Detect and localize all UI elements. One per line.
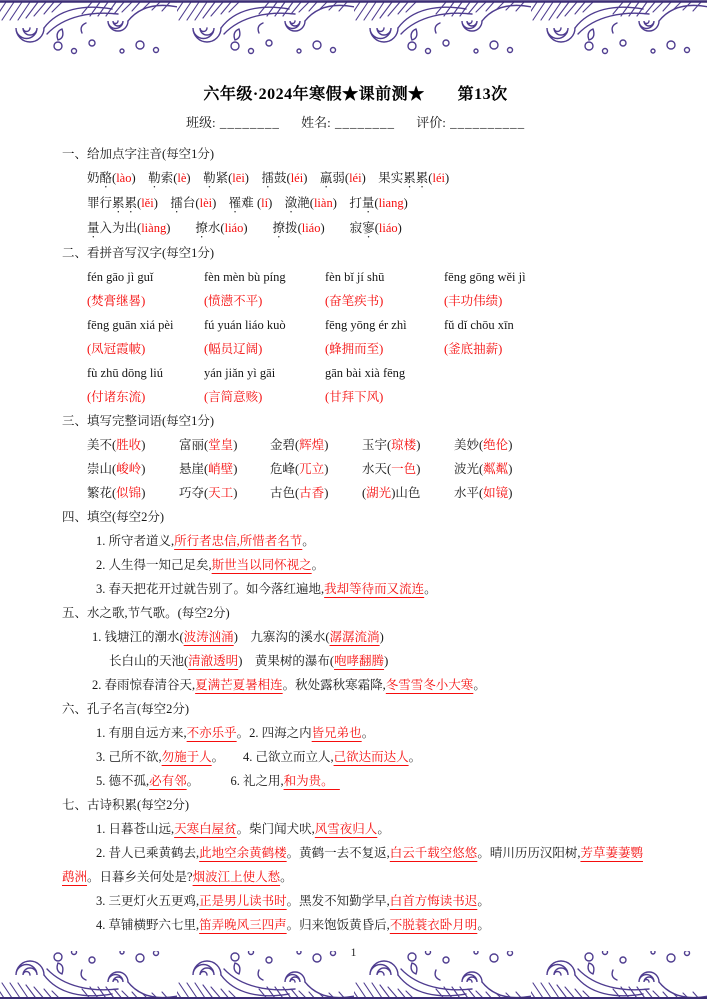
answer-underlined: 白云千载空悠悠 — [390, 846, 478, 860]
answer-grid: fén gāo jì guǐfèn mèn bù píngfèn bǐ jí s… — [87, 265, 649, 409]
answer-red: (言简意赅) — [204, 390, 262, 404]
question-line: 长白山的天池(清澈透明) 黄果树的瀑布(咆哮翻腾) — [109, 649, 649, 673]
text: 2. 昔人已乘黄鹤去, — [96, 846, 199, 860]
text: ) — [233, 486, 237, 500]
answer-red: 堂皇 — [208, 438, 233, 452]
answer-underlined: 烟波江上使人愁 — [193, 870, 281, 884]
answer-red: (焚膏继晷) — [87, 294, 145, 308]
text: 。 — [473, 678, 486, 692]
text: 。 — [302, 534, 315, 548]
class-blank: ________ — [216, 115, 280, 130]
text: 美不( — [87, 438, 116, 452]
section: 七、古诗积累(每空2分)1. 日暮苍山远,天寒白屋贫。柴门闻犬吠,风雪夜归人。2… — [62, 793, 649, 937]
answer-red: léi — [291, 171, 304, 185]
grid-cell — [444, 361, 649, 385]
answer-red: 粼粼 — [483, 462, 508, 476]
answer-underlined: 天寒白屋贫 — [174, 822, 237, 836]
text: 巧夺( — [179, 486, 208, 500]
text: 罪行 — [87, 196, 112, 210]
answer-red: 琼楼 — [391, 438, 416, 452]
dotted-char: 勒 — [203, 171, 216, 185]
text — [238, 630, 251, 644]
answer-red: 天工 — [208, 486, 233, 500]
text: 波光( — [454, 462, 483, 476]
pinyin-text: fèn mèn bù píng — [204, 270, 286, 284]
text: 2. 春雨惊春清谷天, — [92, 678, 195, 692]
text: ) — [508, 486, 512, 500]
grid-cell — [444, 385, 649, 409]
text: 悬崖( — [179, 462, 208, 476]
answer-red: liáo — [225, 221, 244, 235]
dotted-char: 量 — [87, 221, 100, 235]
grid-cell: 悬崖(峭壁) — [179, 457, 270, 481]
answer-red: 峻岭 — [116, 462, 141, 476]
section-heading: 三、填写完整词语(每空1分) — [62, 409, 649, 433]
text: 富丽( — [179, 438, 208, 452]
class-field: 班级: ________ — [186, 115, 280, 130]
text: ) — [233, 438, 237, 452]
text: 玉宇( — [362, 438, 391, 452]
grid-cell: fù zhū dōng liú — [87, 361, 204, 385]
text: 。 — [409, 750, 422, 764]
answer-underlined: 咆哮翻腾 — [334, 654, 384, 668]
text: 1. 有朋自远方来, — [96, 726, 187, 740]
text: ( — [254, 196, 261, 210]
text: 。日暮乡关何处是? — [87, 870, 193, 884]
text — [242, 654, 255, 668]
answer-red: (奋笔疾书) — [325, 294, 383, 308]
grid-cell: (蜂拥而至) — [325, 337, 444, 361]
answer-red: (凤冠霞帔) — [87, 342, 145, 356]
answer-underlined: 清澈透明 — [188, 654, 238, 668]
answer-red: 似锦 — [116, 486, 141, 500]
pinyin-text: gān bài xià fēng — [325, 366, 405, 380]
section-heading: 四、填空(每空2分) — [62, 505, 649, 529]
question-line: 量入为出(liàng) 撩水(liáo) 撩拨(liáo) 寂寥(liáo) — [87, 216, 649, 241]
dotted-char: 撩 — [273, 221, 286, 235]
answer-underlined: 波涛汹涌 — [184, 630, 234, 644]
text: 1. 钱塘江的潮水( — [92, 630, 184, 644]
grid-cell: 危峰(兀立) — [270, 457, 362, 481]
answer-underlined: 所行者忠信,所惜者名节 — [174, 534, 302, 548]
answer-underlined: 不亦乐乎 — [187, 726, 237, 740]
answer-underlined: 勿施于人 — [162, 750, 212, 764]
question-line: 奶酪(lào) 勒索(lè) 勒紧(lēi) 擂鼓(léi) 羸弱(léi) 果… — [87, 166, 649, 191]
text: ) — [416, 462, 420, 476]
answer-underlined: 己欲达而达人 — [334, 750, 409, 764]
text: 。黄鹤一去不复返, — [287, 846, 390, 860]
answer-red: (幅员辽阔) — [204, 342, 262, 356]
answer-red: (蜂拥而至) — [325, 342, 383, 356]
text: 6. 礼之用, — [230, 774, 283, 788]
question-line: 2. 春雨惊春清谷天,夏满芒夏暑相连。秋处露秋寒霜降,冬雪雪冬小大寒。 — [92, 673, 649, 697]
grid-cell: (湖光)山色 — [362, 481, 454, 505]
text — [136, 171, 149, 185]
dotted-char: 勒 — [148, 171, 161, 185]
text: ) — [404, 196, 408, 210]
answer-underlined: 不脱蓑衣卧月明 — [390, 918, 478, 932]
answer-underlined: 和为贵。 — [284, 774, 340, 788]
text — [216, 196, 229, 210]
class-label: 班级: — [186, 115, 216, 130]
text: 果实 — [378, 171, 403, 185]
answer-underlined: 斯世当以同怀视之 — [212, 558, 312, 572]
text: 。 — [280, 870, 293, 884]
text: 1. 所守者道义, — [96, 534, 174, 548]
question-line: 3. 春天把花开过就告别了。如今落红遍地,我却等待而又流连。 — [96, 577, 649, 601]
text: 崇山( — [87, 462, 116, 476]
text: 打 — [349, 196, 362, 210]
question-line: 1. 有朋自远方来,不亦乐乎。2. 四海之内皆兄弟也。 — [96, 721, 649, 745]
grid-cell: yán jiǎn yì gāi — [204, 361, 325, 385]
text — [366, 171, 379, 185]
text: 。 — [312, 558, 325, 572]
text — [158, 196, 171, 210]
answer-red: (愤懑不平) — [204, 294, 262, 308]
text: 2. 人生得一知己足矣, — [96, 558, 212, 572]
grid-cell: 富丽(堂皇) — [179, 433, 270, 457]
text: 。归来饱饭黄昏后, — [287, 918, 390, 932]
text: 长白山的天池( — [109, 654, 188, 668]
text: 奶 — [87, 171, 100, 185]
grid-cell: 波光(粼粼) — [454, 457, 649, 481]
dotted-char: 累累 — [403, 171, 428, 185]
grid-cell: 玉宇(琼楼) — [362, 433, 454, 457]
text: ) — [324, 462, 328, 476]
grid-cell: 崇山(峻岭) — [87, 457, 179, 481]
text: ) — [141, 438, 145, 452]
sections-container: 一、给加点字注音(每空1分)奶酪(lào) 勒索(lè) 勒紧(lēi) 擂鼓(… — [62, 142, 649, 937]
pinyin-text: fén gāo jì guǐ — [87, 270, 153, 284]
text — [170, 221, 195, 235]
section-heading: 五、水之歌,节气歌。(每空2分) — [62, 601, 649, 625]
dotted-char: 量 — [362, 196, 375, 210]
grid-cell: (愤懑不平) — [204, 289, 325, 313]
question-line: 3. 三更灯火五更鸡,正是男儿读书时。黑发不知勤学早,白首方悔读书迟。 — [96, 889, 649, 913]
answer-grid: 美不(胜收)富丽(堂皇)金碧(辉煌)玉宇(琼楼)美妙(绝伦)崇山(峻岭)悬崖(峭… — [87, 433, 649, 505]
text: ) — [398, 221, 402, 235]
pinyin-text: fēng gōng wěi jì — [444, 270, 526, 284]
text: ) — [141, 462, 145, 476]
text: ) — [445, 171, 449, 185]
section: 六、孔子名言(每空2分)1. 有朋自远方来,不亦乐乎。2. 四海之内皆兄弟也。3… — [62, 697, 649, 793]
pinyin-text: fǔ dǐ chōu xīn — [444, 318, 514, 332]
text: 危峰( — [270, 462, 299, 476]
text: ) — [324, 438, 328, 452]
text: 。 — [477, 918, 490, 932]
answer-red: 峭壁 — [208, 462, 233, 476]
text: 。2. 四海之内 — [237, 726, 312, 740]
text: 滟 — [297, 196, 310, 210]
grid-cell: fén gāo jì guǐ — [87, 265, 204, 289]
answer-underlined: 夏满芒夏暑相连 — [195, 678, 283, 692]
answer-red: liang — [379, 196, 404, 210]
text: 古色( — [270, 486, 299, 500]
question-line: 1. 日暮苍山远,天寒白屋贫。柴门闻犬吠,风雪夜归人。 — [96, 817, 649, 841]
pinyin-text: yán jiǎn yì gāi — [204, 366, 275, 380]
answer-red: liàn — [314, 196, 333, 210]
answer-underlined: 正是男儿读书时 — [199, 894, 287, 908]
dotted-char: 酪 — [100, 171, 113, 185]
grid-cell: fú yuán liáo kuò — [204, 313, 325, 337]
worksheet-content: 六年级·2024年寒假★课前测★ 第13次 班级: ________ 姓名: _… — [62, 82, 649, 937]
answer-red: 兀立 — [299, 462, 324, 476]
grid-cell: fēng guān xiá pèi — [87, 313, 204, 337]
grid-cell: (奋笔疾书) — [325, 289, 444, 313]
text: 繁花( — [87, 486, 116, 500]
section: 一、给加点字注音(每空1分)奶酪(lào) 勒索(lè) 勒紧(lēi) 擂鼓(… — [62, 142, 649, 241]
answer-red: 绝伦 — [483, 438, 508, 452]
dotted-char: 罹 — [229, 196, 242, 210]
answer-red: 一色 — [391, 462, 416, 476]
section: 五、水之歌,节气歌。(每空2分)1. 钱塘江的潮水(波涛汹涌) 九寨沟的溪水(潺… — [62, 601, 649, 697]
answer-underlined: 我却等待而又流连 — [324, 582, 424, 596]
evaluation-field: 评价: __________ — [416, 115, 525, 130]
text: 。 — [477, 894, 490, 908]
text: ) — [141, 486, 145, 500]
text: 水天( — [362, 462, 391, 476]
text: 4. 己欲立而立人, — [243, 750, 334, 764]
text: 3. 春天把花开过就告别了。如今落红遍地, — [96, 582, 324, 596]
text: 。 — [424, 582, 437, 596]
text: 水 — [208, 221, 221, 235]
question-line: 5. 德不孤,必有邻。 6. 礼之用,和为贵。 — [96, 769, 649, 793]
text — [307, 171, 320, 185]
text: 鼓 — [274, 171, 287, 185]
dotted-char: 寥 — [362, 221, 375, 235]
text: 美妙( — [454, 438, 483, 452]
dotted-char: 潋 — [285, 196, 298, 210]
pinyin-text: fù zhū dōng liú — [87, 366, 163, 380]
text: ) — [324, 486, 328, 500]
section-heading: 二、看拼音写汉字(每空1分) — [62, 241, 649, 265]
grid-cell: (凤冠霞帔) — [87, 337, 204, 361]
section: 三、填写完整词语(每空1分)美不(胜收)富丽(堂皇)金碧(辉煌)玉宇(琼楼)美妙… — [62, 409, 649, 505]
answer-red: 湖光 — [366, 486, 391, 500]
answer-underlined: 白首方悔读书迟 — [390, 894, 478, 908]
answer-red: liáo — [379, 221, 398, 235]
answer-red: lěi — [141, 196, 154, 210]
answer-red: (甘拜下风) — [325, 390, 383, 404]
grid-cell: (焚膏继晷) — [87, 289, 204, 313]
dotted-char: 擂 — [170, 196, 183, 210]
text — [193, 774, 231, 788]
name-blank: ________ — [331, 115, 395, 130]
grid-cell: 水平(如镜) — [454, 481, 649, 505]
text: 。秋处露秋寒霜降, — [283, 678, 386, 692]
grid-cell: (釜底抽薪) — [444, 337, 649, 361]
text — [191, 171, 204, 185]
evaluation-label: 评价: — [416, 115, 446, 130]
question-line: 2. 人生得一知己足矣,斯世当以同怀视之。 — [96, 553, 649, 577]
text: 5. 德不孤, — [96, 774, 149, 788]
grid-cell: (幅员辽阔) — [204, 337, 325, 361]
evaluation-blank: __________ — [446, 115, 525, 130]
pinyin-text: fú yuán liáo kuò — [204, 318, 286, 332]
grid-cell: 巧夺(天工) — [179, 481, 270, 505]
text: 4. 草铺横野六七里, — [96, 918, 199, 932]
text: 。黑发不知勤学早, — [287, 894, 390, 908]
text: 1. 日暮苍山远, — [96, 822, 174, 836]
grid-cell: fǔ dǐ chōu xīn — [444, 313, 649, 337]
answer-red: 古香 — [299, 486, 324, 500]
answer-red: 辉煌 — [299, 438, 324, 452]
text — [248, 221, 273, 235]
text: 。柴门闻犬吠, — [237, 822, 315, 836]
answer-red: 胜收 — [116, 438, 141, 452]
text: 水平( — [454, 486, 483, 500]
answer-underlined: 冬雪雪冬小大寒 — [386, 678, 474, 692]
answer-underlined: 皆兄弟也 — [312, 726, 362, 740]
answer-red: 如镜 — [483, 486, 508, 500]
section-heading: 一、给加点字注音(每空1分) — [62, 142, 649, 166]
text: ) — [233, 462, 237, 476]
text — [249, 171, 262, 185]
question-line: 1. 所守者道义,所行者忠信,所惜者名节。 — [96, 529, 649, 553]
answer-red: léi — [432, 171, 445, 185]
text: 拨 — [285, 221, 298, 235]
grid-cell: (甘拜下风) — [325, 385, 444, 409]
answer-underlined: 此地空余黄鹤楼 — [199, 846, 287, 860]
name-field: 姓名: ________ — [301, 115, 395, 130]
dotted-char: 羸 — [320, 171, 333, 185]
text: 3. 己所不欲, — [96, 750, 162, 764]
grid-cell: gān bài xià fēng — [325, 361, 444, 385]
pinyin-text: fēng yōng ér zhì — [325, 318, 407, 332]
grid-cell: 繁花(似锦) — [87, 481, 179, 505]
text — [272, 196, 285, 210]
text: 3. 三更灯火五更鸡, — [96, 894, 199, 908]
section: 四、填空(每空2分)1. 所守者道义,所行者忠信,所惜者名节。2. 人生得一知己… — [62, 505, 649, 601]
wave-border-bottom — [0, 951, 707, 999]
wave-border-top — [0, 0, 707, 56]
text: ) — [508, 462, 512, 476]
grid-cell: fèn bǐ jí shū — [325, 265, 444, 289]
section-heading: 六、孔子名言(每空2分) — [62, 697, 649, 721]
answer-underlined: 必有邻 — [149, 774, 187, 788]
answer-red: léi — [349, 171, 362, 185]
section-heading: 七、古诗积累(每空2分) — [62, 793, 649, 817]
grid-cell: 美妙(绝伦) — [454, 433, 649, 457]
text: ) — [380, 630, 384, 644]
answer-red: liáo — [302, 221, 321, 235]
dotted-char: 撩 — [195, 221, 208, 235]
text: ) — [384, 654, 388, 668]
grid-cell: fēng gōng wěi jì — [444, 265, 649, 289]
answer-red: (丰功伟绩) — [444, 294, 502, 308]
grid-cell: (丰功伟绩) — [444, 289, 649, 313]
text: 难 — [241, 196, 254, 210]
grid-cell: 金碧(辉煌) — [270, 433, 362, 457]
answer-red: lēi — [232, 171, 245, 185]
text: 入为出 — [100, 221, 138, 235]
question-paragraph: 2. 昔人已乘黄鹤去,此地空余黄鹤楼。黄鹤一去不复返,白云千载空悠悠。晴川历历汉… — [62, 841, 649, 889]
question-line: 3. 己所不欲,勿施于人。 4. 己欲立而立人,己欲达而达人。 — [96, 745, 649, 769]
question-line: 罪行累累(lěi) 擂台(lèi) 罹难 (lí) 潋滟(liàn) 打量(li… — [87, 191, 649, 216]
pinyin-text: fēng guān xiá pèi — [87, 318, 173, 332]
answer-red: (付诸东流) — [87, 390, 145, 404]
text — [337, 196, 350, 210]
answer-red: (釜底抽薪) — [444, 342, 502, 356]
text: 索 — [161, 171, 174, 185]
dotted-char: 擂 — [261, 171, 274, 185]
dotted-char: 累累 — [112, 196, 137, 210]
text: 。 — [362, 726, 375, 740]
section: 二、看拼音写汉字(每空1分)fén gāo jì guǐfèn mèn bù p… — [62, 241, 649, 409]
text: 黄果树的瀑布( — [255, 654, 334, 668]
text: 金碧( — [270, 438, 299, 452]
pinyin-text: fèn bǐ jí shū — [325, 270, 384, 284]
grid-cell: (言简意赅) — [204, 385, 325, 409]
question-line: 4. 草铺横野六七里,笛弄晚风三四声。归来饱饭黄昏后,不脱蓑衣卧月明。 — [96, 913, 649, 937]
text: 。 — [377, 822, 390, 836]
question-line: 1. 钱塘江的潮水(波涛汹涌) 九寨沟的溪水(潺潺流淌) — [92, 625, 649, 649]
text: 九寨沟的溪水( — [250, 630, 329, 644]
text — [218, 750, 243, 764]
answer-red: lào — [116, 171, 131, 185]
text: 寂 — [350, 221, 363, 235]
grid-cell: 水天(一色) — [362, 457, 454, 481]
text: 台 — [183, 196, 196, 210]
answer-red: lèi — [200, 196, 213, 210]
answer-underlined: 潺潺流淌 — [330, 630, 380, 644]
text: 紧 — [216, 171, 229, 185]
wave-pattern-svg — [0, 0, 707, 56]
worksheet-page: 六年级·2024年寒假★课前测★ 第13次 班级: ________ 姓名: _… — [0, 0, 707, 999]
grid-cell: 古色(古香) — [270, 481, 362, 505]
text: ) — [416, 438, 420, 452]
grid-cell: fèn mèn bù píng — [204, 265, 325, 289]
answer-underlined: 笛弄晚风三四声 — [199, 918, 287, 932]
answer-red: liàng — [141, 221, 166, 235]
text — [325, 221, 350, 235]
answer-underlined: 风雪夜归人 — [315, 822, 378, 836]
grid-cell: (付诸东流) — [87, 385, 204, 409]
grid-cell: fēng yōng ér zhì — [325, 313, 444, 337]
wave-pattern-svg — [0, 951, 707, 999]
text: 弱 — [332, 171, 345, 185]
name-label: 姓名: — [301, 115, 331, 130]
text: )山色 — [391, 486, 420, 500]
text: 。晴川历历汉阳树, — [477, 846, 580, 860]
text: ) — [508, 438, 512, 452]
grid-cell: 美不(胜收) — [87, 433, 179, 457]
student-info-row: 班级: ________ 姓名: ________ 评价: __________ — [62, 110, 649, 136]
page-title: 六年级·2024年寒假★课前测★ 第13次 — [62, 82, 649, 108]
